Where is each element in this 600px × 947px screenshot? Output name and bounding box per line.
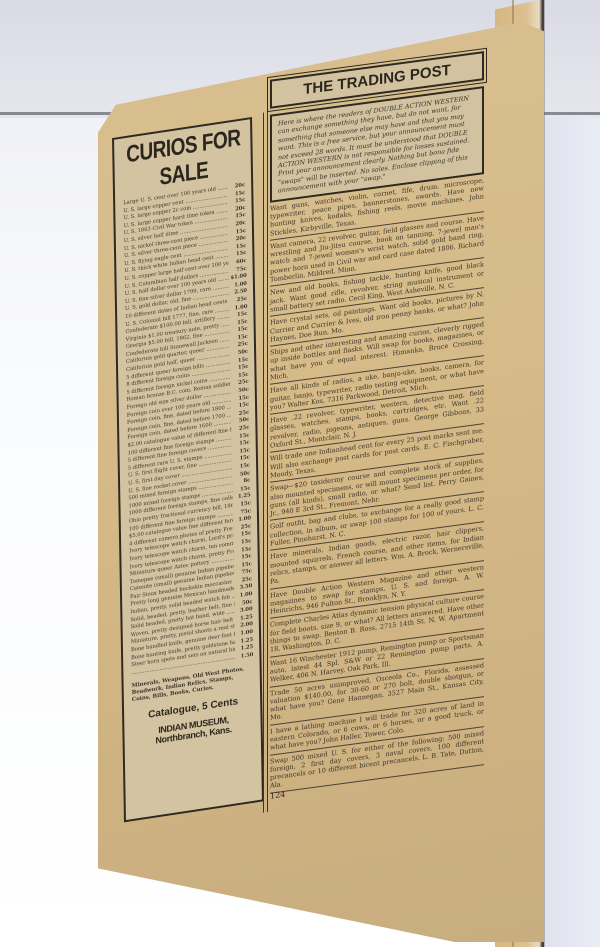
magazine-page: CURIOS FOR SALE Large U. S. cent over 10… — [118, 38, 493, 908]
trading-post-column: THE TRADING POST Here is where the reade… — [270, 51, 484, 793]
curio-price: 1.50 — [235, 652, 253, 662]
curios-for-sale-ad: CURIOS FOR SALE Large U. S. cent over 10… — [112, 117, 264, 822]
column-divider — [263, 112, 268, 813]
background-surface — [540, 118, 600, 947]
classified-ads-list: Want guns, watches, violin, cornet, fife… — [270, 174, 484, 794]
page-number: 124 — [270, 790, 285, 801]
curios-item-list: Large U. S. cent over 100 years old20cU.… — [123, 182, 253, 678]
